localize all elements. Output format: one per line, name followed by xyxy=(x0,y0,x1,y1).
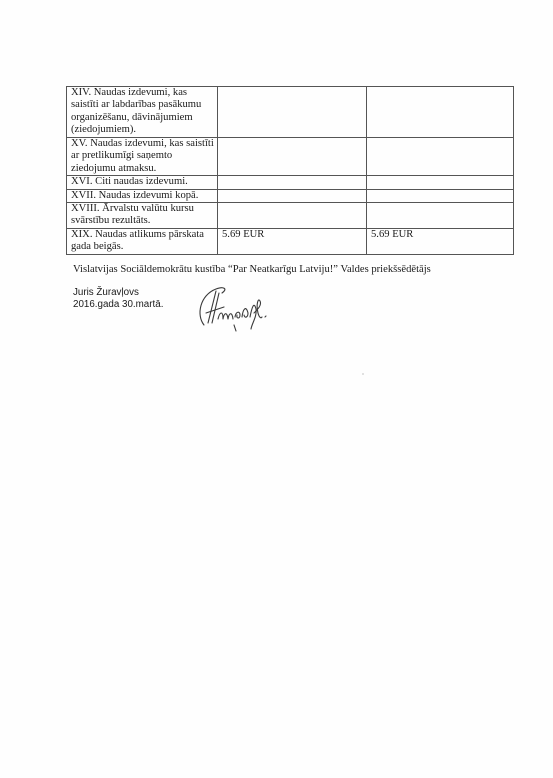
row-value-current xyxy=(218,87,367,138)
scan-speck xyxy=(362,373,364,375)
row-label: XV. Naudas izdevumi, kas saistīti ar pre… xyxy=(67,138,218,176)
signer-block: Juris Žuravļovs 2016.gada 30.martā. xyxy=(73,287,163,311)
row-value-previous xyxy=(367,138,514,176)
organization-title: Vislatvijas Sociāldemokrātu kustība “Par… xyxy=(73,264,431,275)
row-label: XIV. Naudas izdevumi, kas saistīti ar la… xyxy=(67,87,218,138)
row-label: XVI. Citi naudas izdevumi. xyxy=(67,176,218,189)
row-value-previous xyxy=(367,87,514,138)
row-value-previous xyxy=(367,176,514,189)
table-row: XVII. Naudas izdevumi kopā. xyxy=(67,189,514,202)
row-value-current xyxy=(218,189,367,202)
signer-name: Juris Žuravļovs xyxy=(73,287,163,299)
signature-icon xyxy=(190,283,290,333)
signature-date: 2016.gada 30.martā. xyxy=(73,299,163,311)
table-row: XV. Naudas izdevumi, kas saistīti ar pre… xyxy=(67,138,514,176)
row-value-previous xyxy=(367,189,514,202)
cash-flow-table: XIV. Naudas izdevumi, kas saistīti ar la… xyxy=(66,86,514,255)
row-label: XVIII. Ārvalstu valūtu kursu svārstību r… xyxy=(67,203,218,229)
row-value-previous xyxy=(367,203,514,229)
row-value-current xyxy=(218,203,367,229)
row-label: XVII. Naudas izdevumi kopā. xyxy=(67,189,218,202)
row-value-current xyxy=(218,138,367,176)
table-row: XIV. Naudas izdevumi, kas saistīti ar la… xyxy=(67,87,514,138)
row-value-current xyxy=(218,176,367,189)
table-row: XIX. Naudas atlikums pārskata gada beigā… xyxy=(67,228,514,254)
row-value-current: 5.69 EUR xyxy=(218,228,367,254)
row-label: XIX. Naudas atlikums pārskata gada beigā… xyxy=(67,228,218,254)
table-row: XVI. Citi naudas izdevumi. xyxy=(67,176,514,189)
document-page: XIV. Naudas izdevumi, kas saistīti ar la… xyxy=(0,0,553,778)
row-value-previous: 5.69 EUR xyxy=(367,228,514,254)
table-row: XVIII. Ārvalstu valūtu kursu svārstību r… xyxy=(67,203,514,229)
